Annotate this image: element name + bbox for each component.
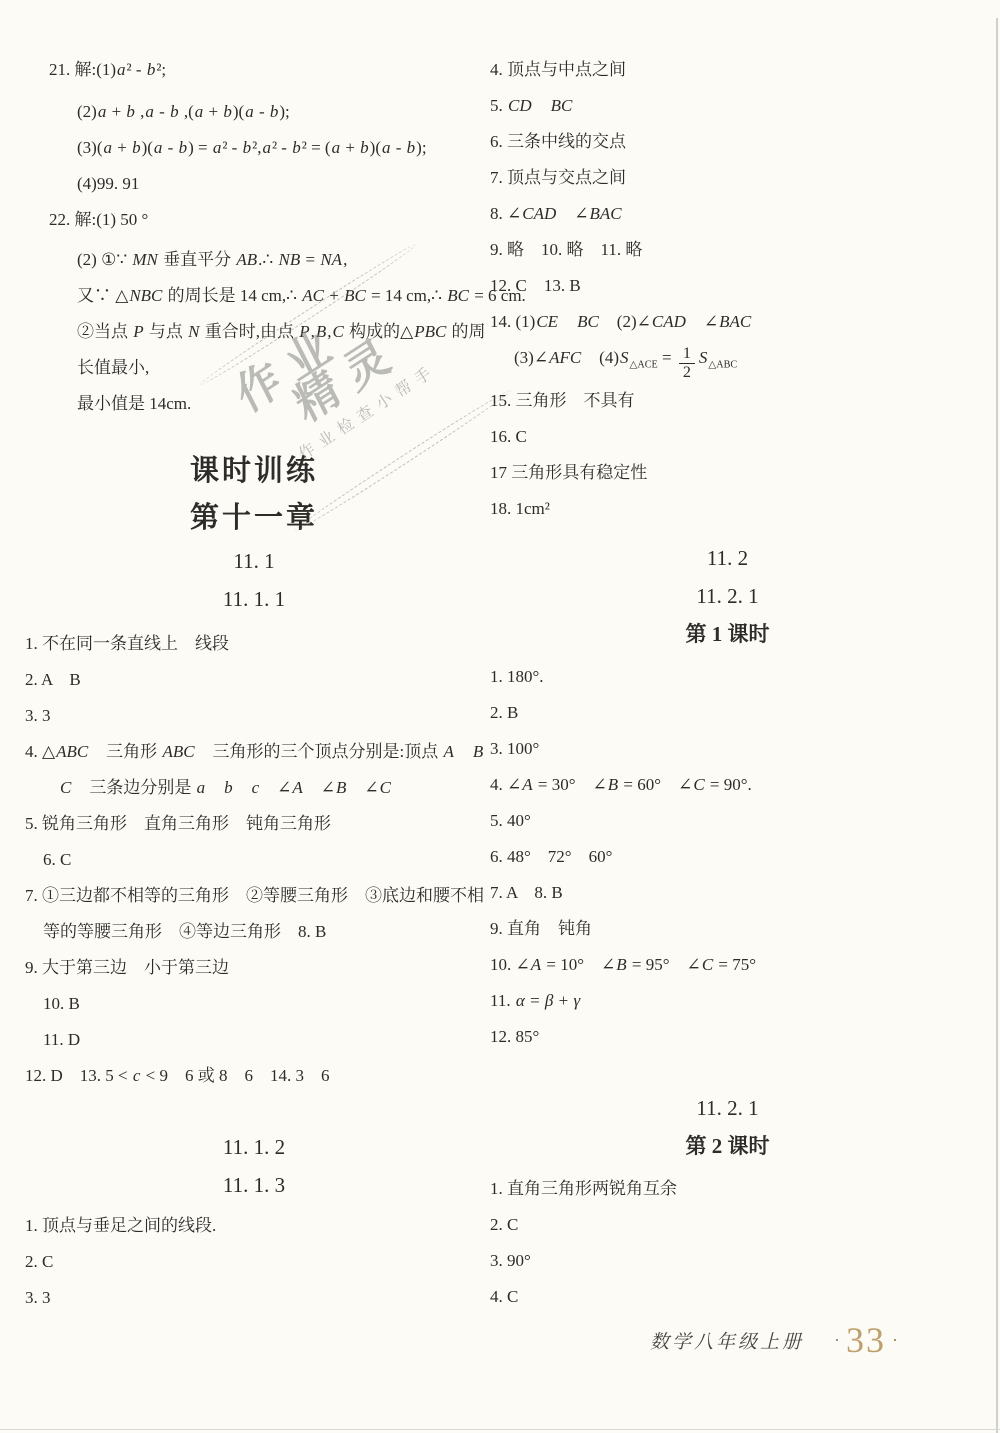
answer-line: 22. 解:(1) 50 ° [25, 202, 483, 238]
answer-line: C 三条边分别是 a b c ∠A ∠B ∠C [25, 770, 483, 806]
answer-line: 9. 直角 钝角 [490, 911, 965, 947]
answer-line: 5. 40° [490, 803, 965, 839]
answer-line: 又∵ △NBC 的周长是 14 cm,∴ AC + BC = 14 cm,∴ B… [25, 278, 483, 314]
workbook-answer-page: 21. 解:(1)a² - b²;(2)a + b ,a - b ,(a + b… [0, 0, 1000, 1433]
footer-dot-left: · [834, 1330, 840, 1351]
heading-11-2: 11. 2 [490, 539, 965, 577]
answer-line: 1. 180°. [490, 659, 965, 695]
answer-line: 4. 顶点与中点之间 [490, 52, 965, 88]
answer-line: 6. 48° 72° 60° [490, 839, 965, 875]
page-edge-line [996, 18, 998, 1433]
answer-line: (3)(a + b)(a - b) = a² - b²,a² - b² = (a… [25, 130, 483, 166]
answer-line: (2) ①∵ MN 垂直平分 AB.∴ NB = NA, [25, 242, 483, 278]
page-number: 33 [846, 1322, 886, 1358]
answer-line: 14. (1)CE BC (2)∠CAD ∠BAC [490, 304, 965, 340]
footer-dot-right: · [892, 1330, 898, 1351]
page-footer: 数学八年级上册 · 33 · [650, 1322, 904, 1358]
answer-line: 7. 顶点与交点之间 [490, 160, 965, 196]
heading-11-2-1: 11. 2. 1 [490, 577, 965, 615]
answer-line: 7. A 8. B [490, 875, 965, 911]
heading-11-1-2: 11. 1. 2 [25, 1128, 483, 1166]
answer-line: 12. D 13. 5 < c < 9 6 或 8 6 14. 3 6 [25, 1058, 483, 1094]
left-column: 21. 解:(1)a² - b²;(2)a + b ,a - b ,(a + b… [25, 52, 483, 1316]
answer-line: 3. 3 [25, 698, 483, 734]
answer-line: (3)∠AFC (4)S△ACE = 12S△ABC [490, 340, 965, 383]
answer-line: 21. 解:(1)a² - b²; [25, 52, 483, 88]
answer-line: 4. ∠A = 30° ∠B = 60° ∠C = 90°. [490, 767, 965, 803]
answer-line: 长值最小, [25, 350, 483, 386]
answer-line: 11. D [25, 1022, 483, 1058]
answer-line: 12. C 13. B [490, 268, 965, 304]
footer-book-title: 数学八年级上册 [650, 1327, 804, 1354]
answer-line: 18. 1cm² [490, 491, 965, 527]
answer-line: 1. 顶点与垂足之间的线段. [25, 1208, 483, 1244]
heading-11-1-1: 11. 1. 1 [25, 580, 483, 618]
answer-line: 3. 100° [490, 731, 965, 767]
answer-line: 10. ∠A = 10° ∠B = 95° ∠C = 75° [490, 947, 965, 983]
answer-line: 3. 3 [25, 1280, 483, 1316]
answer-line: 5. CD BC [490, 88, 965, 124]
answer-line: 等的等腰三角形 ④等边三角形 8. B [25, 914, 483, 950]
answer-line: 6. C [25, 842, 483, 878]
answer-line: 2. A B [25, 662, 483, 698]
answer-line: 5. 锐角三角形 直角三角形 钝角三角形 [25, 806, 483, 842]
answer-line: 2. C [490, 1207, 965, 1243]
heading-lesson-1: 第 1 课时 [490, 615, 965, 653]
answer-line: 7. ①三边都不相等的三角形 ②等腰三角形 ③底边和腰不相 [25, 878, 483, 914]
answer-line: (4)99. 91 [25, 166, 483, 202]
fraction: 12 [679, 345, 695, 382]
right-column: 4. 顶点与中点之间5. CD BC6. 三条中线的交点7. 顶点与交点之间8.… [490, 52, 965, 1315]
heading-11-2-1-second: 11. 2. 1 [490, 1089, 965, 1127]
page-bottom-edge-line [0, 1429, 1000, 1431]
heading-11-1-3: 11. 1. 3 [25, 1166, 483, 1204]
heading-11-1: 11. 1 [25, 542, 483, 580]
answer-line: 2. C [25, 1244, 483, 1280]
heading-lesson-2: 第 2 课时 [490, 1127, 965, 1165]
answer-line: 4. △ABC 三角形 ABC 三角形的三个顶点分别是:顶点 A B [25, 734, 483, 770]
heading-chapter-11: 第十一章 [25, 495, 483, 542]
answer-line: 9. 略 10. 略 11. 略 [490, 232, 965, 268]
answer-line: 12. 85° [490, 1019, 965, 1055]
answer-line: ②当点 P 与点 N 重合时,由点 P,B,C 构成的△PBC 的周 [25, 314, 483, 350]
answer-line: (2)a + b ,a - b ,(a + b)(a - b); [25, 94, 483, 130]
answer-line: 15. 三角形 不具有 [490, 383, 965, 419]
answer-line: 6. 三条中线的交点 [490, 124, 965, 160]
answer-line: 9. 大于第三边 小于第三边 [25, 950, 483, 986]
answer-line: 4. C [490, 1279, 965, 1315]
answer-line: 10. B [25, 986, 483, 1022]
answer-line: 17 三角形具有稳定性 [490, 455, 965, 491]
answer-line: 8. ∠CAD ∠BAC [490, 196, 965, 232]
answer-line: 2. B [490, 695, 965, 731]
answer-line: 最小值是 14cm. [25, 386, 483, 422]
answer-line: 1. 不在同一条直线上 线段 [25, 626, 483, 662]
answer-line: 3. 90° [490, 1243, 965, 1279]
answer-line: 16. C [490, 419, 965, 455]
heading-lesson-training: 课时训练 [25, 448, 483, 495]
answer-line: 11. α = β + γ [490, 983, 965, 1019]
answer-line: 1. 直角三角形两锐角互余 [490, 1171, 965, 1207]
